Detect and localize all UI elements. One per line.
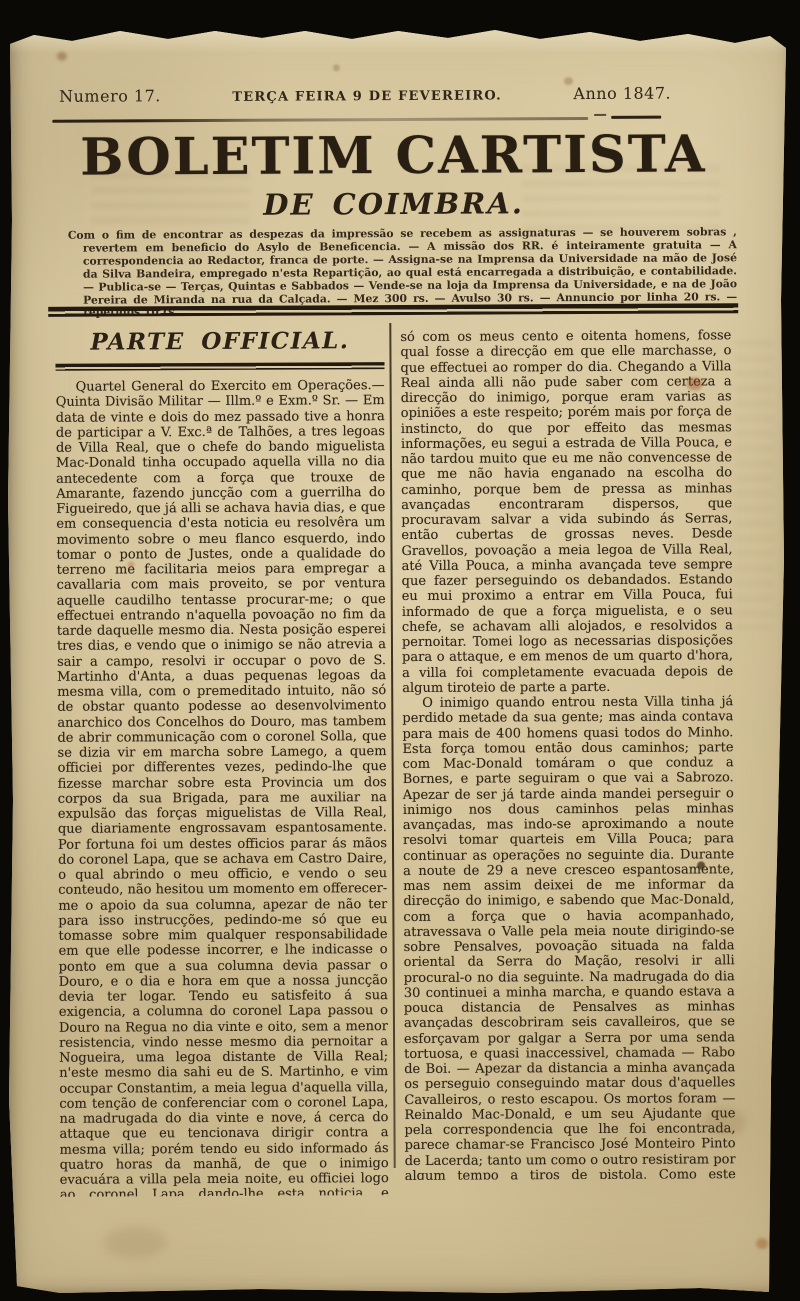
section-heading: PARTE OFFICIAL. (55, 327, 384, 356)
issue-year: Anno 1847. (573, 84, 671, 104)
right-column: só com os meus cento e oitenta homens, f… (400, 328, 735, 1180)
header-rule-dash (611, 116, 661, 119)
newspaper-title: BOLETIM CARTISTA (37, 124, 749, 188)
article-paragraph: Quartel General do Exercito em Operações… (56, 378, 389, 1197)
article-paragraph: O inimigo quando entrou nesta Villa tinh… (402, 694, 736, 1180)
column-divider-rule (389, 323, 395, 1168)
stain (756, 1238, 768, 1249)
issue-date: TERÇA FEIRA 9 DE FEVEREIRO. (232, 88, 502, 104)
stain (57, 52, 67, 61)
stain (103, 1226, 167, 1258)
header-rule (52, 117, 588, 122)
newspaper-subtitle: DE COIMBRA. (38, 185, 750, 223)
issue-number: Numero 17. (59, 86, 161, 106)
article-paragraph: só com os meus cento e oitenta homens, f… (400, 328, 733, 696)
issue-header: Numero 17. TERÇA FEIRA 9 DE FEVEREIRO. A… (59, 84, 671, 106)
page-content: Numero 17. TERÇA FEIRA 9 DE FEVEREIRO. A… (0, 0, 800, 1301)
newspaper-page: Numero 17. TERÇA FEIRA 9 DE FEVEREIRO. A… (0, 0, 800, 1301)
left-column: PARTE OFFICIAL. Quartel General do Exerc… (55, 325, 389, 1197)
stain (333, 64, 340, 71)
section-heading-rule (55, 362, 384, 371)
header-rule-dash (594, 114, 606, 116)
